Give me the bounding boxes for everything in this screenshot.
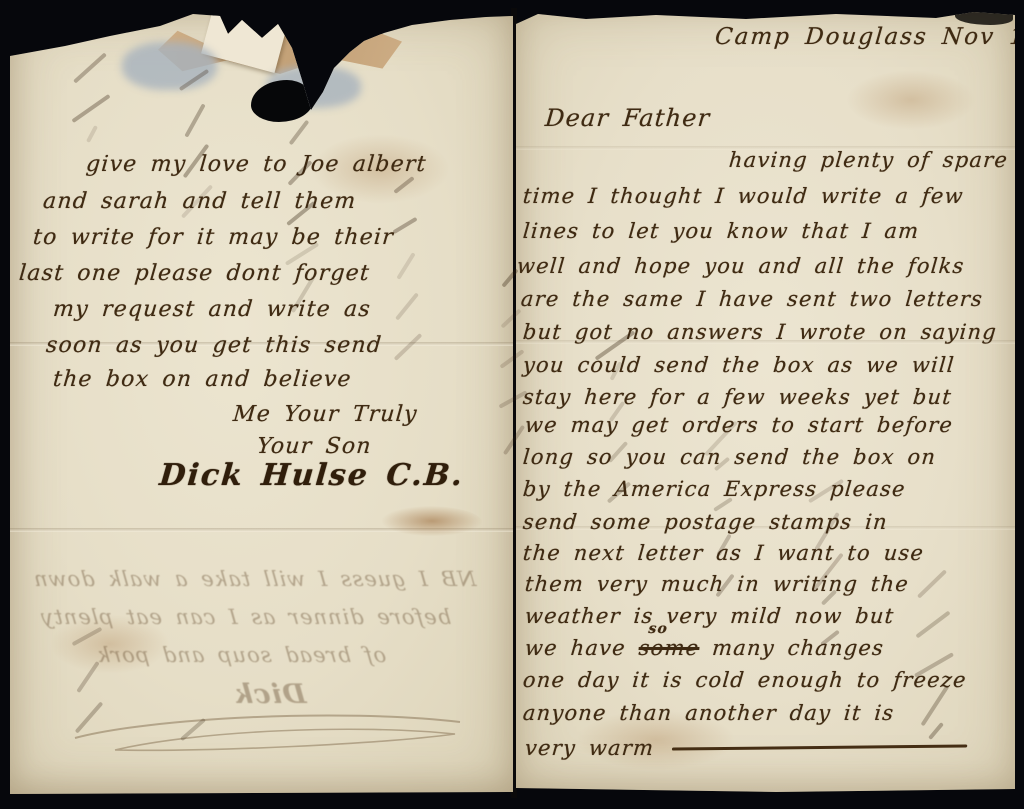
letter-line: them very much in writing the bbox=[524, 572, 910, 596]
signature: Dick Hulse C.B. bbox=[158, 458, 466, 493]
letter-line: well and hope you and all the folks bbox=[516, 254, 966, 278]
letter-line: to write for it may be their bbox=[32, 225, 395, 250]
corner-smudge bbox=[955, 10, 1013, 25]
flourish-line bbox=[672, 744, 967, 750]
letter-line: anyone than another day it is bbox=[522, 701, 895, 725]
letter-line: lines to let you know that I am bbox=[522, 219, 920, 243]
letter-line: and sarah and tell them bbox=[42, 189, 358, 214]
letter-line: having plenty of spare bbox=[728, 148, 1009, 172]
closing-words: very warm bbox=[524, 736, 655, 760]
bleed-through-line: of bread soup and pork bbox=[95, 643, 387, 667]
letter-line: send some postage stamps in bbox=[522, 510, 889, 534]
left-page: give my love to Joe albert and sarah and… bbox=[10, 14, 513, 794]
correction-before: we have bbox=[524, 636, 627, 660]
closing-line: Me Your Truly bbox=[232, 402, 419, 427]
stain bbox=[382, 506, 482, 536]
letter-line: long so you can send the box on bbox=[522, 445, 937, 469]
paper-hole bbox=[251, 80, 313, 122]
inserted-word: so bbox=[648, 621, 669, 637]
stain bbox=[846, 70, 976, 130]
dateline: Camp Douglass Nov 11th bbox=[714, 24, 1015, 50]
letter-line: give my love to Joe albert bbox=[85, 152, 428, 177]
letter-line: one day it is cold enough to freeze bbox=[522, 668, 968, 692]
letter-line: last one please dont forget bbox=[18, 261, 371, 286]
letter-line: soon as you get this send bbox=[45, 333, 383, 358]
letter-line: very warm bbox=[524, 736, 968, 760]
bleed-through-line: NB I guess I will take a walk down bbox=[32, 567, 477, 591]
dateline-text: Camp Douglass Nov 11 bbox=[714, 24, 1015, 50]
letter-line: we may get orders to start before bbox=[524, 413, 954, 437]
letter-line: time I thought I would write a few bbox=[522, 184, 965, 208]
flourish-bleed bbox=[60, 700, 480, 760]
right-page-surface: Camp Douglass Nov 11th Dear Father havin… bbox=[516, 10, 1015, 792]
corrected-line: we have someso many changes bbox=[524, 636, 885, 660]
letter-line: the next letter as I want to use bbox=[522, 541, 925, 565]
letter-scan: give my love to Joe albert and sarah and… bbox=[0, 0, 1024, 809]
letter-line: but got no answers I wrote on saying bbox=[522, 320, 998, 344]
letter-line: are the same I have sent two letters bbox=[520, 287, 984, 311]
left-page-surface: give my love to Joe albert and sarah and… bbox=[10, 14, 513, 794]
letter-line: my request and write as bbox=[52, 297, 372, 322]
letter-line: by the America Express please bbox=[522, 477, 907, 501]
letter-line: the box on and believe bbox=[52, 367, 353, 392]
torn-edge-fuzz bbox=[122, 42, 217, 90]
letter-line: weather is very mild now but bbox=[524, 604, 895, 628]
closing-line: Your Son bbox=[256, 434, 373, 459]
bleed-through-line: before dinner as I can eat plenty bbox=[39, 605, 452, 629]
letter-line: you could send the box as we will bbox=[522, 353, 956, 377]
salutation: Dear Father bbox=[544, 104, 712, 132]
struck-word: someso bbox=[638, 636, 701, 660]
letter-line: stay here for a few weeks yet but bbox=[522, 385, 953, 409]
correction-after: many changes bbox=[711, 636, 885, 660]
right-page: Camp Douglass Nov 11th Dear Father havin… bbox=[516, 10, 1015, 792]
